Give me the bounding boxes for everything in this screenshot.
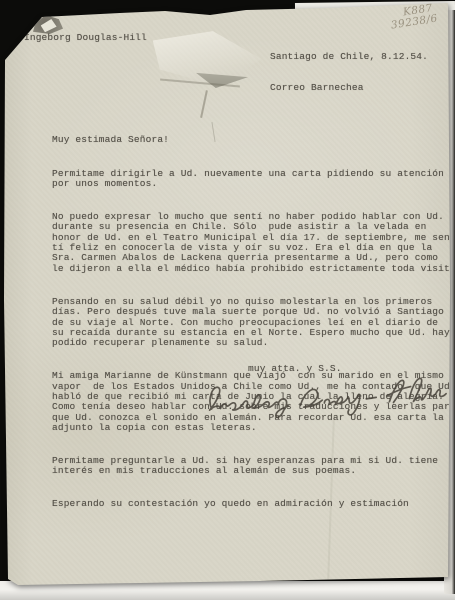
scanned-letter: K887 39238/6 Ingeborg Douglas-Hill Santi… [0, 0, 455, 600]
letter-paragraph: Permitame dirigirle a Ud. nuevamente una… [52, 169, 455, 190]
archival-number-line2: 39238/6 [390, 13, 438, 31]
salutation: Muy estimada Señora! [52, 135, 455, 145]
address-line: Correo Barnechea [270, 83, 428, 93]
letter-body: Muy estimada Señora! Permitame dirigirle… [52, 114, 455, 532]
dateline: Santiago de Chile, 8.12.54. Correo Barne… [270, 31, 428, 114]
letter-paragraph: Permitame preguntarle a Ud. si hay esper… [52, 456, 455, 477]
letter-paper: K887 39238/6 Ingeborg Douglas-Hill Santi… [0, 0, 455, 600]
archival-number: K887 39238/6 [389, 2, 439, 31]
letter-paragraph: Esperando su contestación yo quedo en ad… [52, 499, 455, 509]
letter-paragraph: No puedo expresar lo mucho que sentí no … [52, 212, 455, 274]
place-and-date: Santiago de Chile, 8.12.54. [270, 52, 428, 62]
sender-name: Ingeborg Douglas-Hill [24, 33, 147, 43]
letter-paragraph: Pensando en su salud débil yo no quiso m… [52, 297, 455, 349]
